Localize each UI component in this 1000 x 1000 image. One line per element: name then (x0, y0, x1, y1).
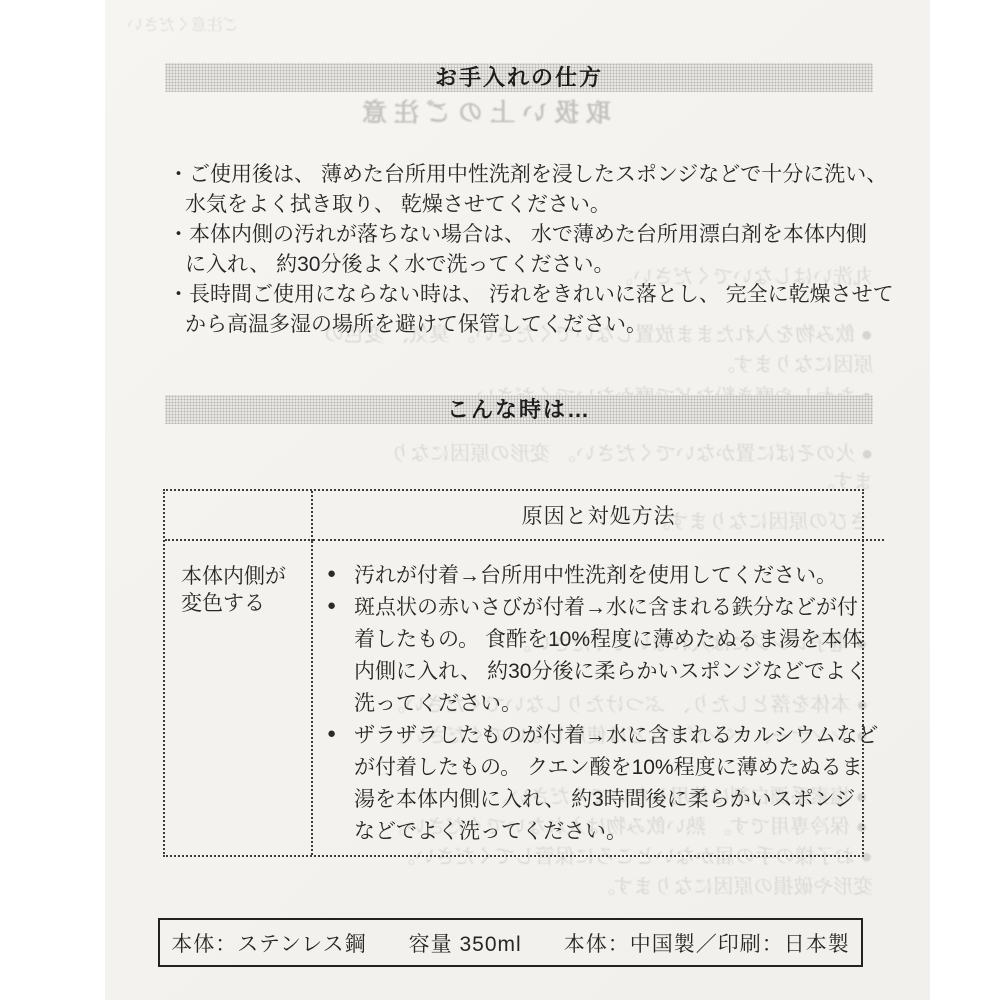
row-label-line: 本体内側が (181, 563, 303, 590)
remedy-line: 内側に入れ、 約30分後に柔らかいスポンジなどでよく (354, 656, 878, 688)
remedy-line: 湯を本体内側に入れ、 約3時間後に柔らかいスポンジ (354, 784, 878, 816)
remedy-line: 斑点状の赤いさびが付着→水に含まれる鉄分などが付 (354, 592, 878, 624)
care-instructions-list: ・ご使用後は、 薄めた台所用中性洗剤を浸したスポンジなどで十分に洗い、 水気をよ… (168, 160, 880, 340)
remedy-bullet: ● ザラザラしたものが付着→水に含まれるカルシウムなど が付着したもの。 クエン… (326, 720, 878, 848)
care-instruction-line: ・長時間ご使用にならない時は、 汚れをきれいに落とし、 完全に乾燥させて (168, 280, 880, 310)
section-header-care: お手入れの仕方 (165, 63, 873, 92)
care-instruction-line: ・ご使用後は、 薄めた台所用中性洗剤を浸したスポンジなどで十分に洗い、 (168, 160, 880, 190)
remedy-cell: ● 汚れが付着→台所用中性洗剤を使用してください。 ● 斑点状の赤いさびが付着→… (313, 541, 884, 855)
remedy-line: が付着したもの。 クエン酸を10%程度に薄めたぬるま (354, 752, 878, 784)
bullet-icon: ● (327, 598, 336, 613)
section-header-troubleshoot: こんな時は… (165, 395, 873, 424)
spec-footer-box: 本体：ステンレス鋼 容量 350ml 本体：中国製／印刷：日本製 (158, 918, 863, 967)
table-corner-cell (165, 491, 313, 541)
care-instruction-line: に入れ、 約30分後よく水で洗ってください。 (168, 250, 880, 280)
row-label-symptom: 本体内側が 変色する (165, 541, 313, 855)
remedy-line: 着したもの。 食酢を10%程度に薄めたぬるま湯を本体 (354, 624, 878, 656)
care-instruction-line: 水気をよく拭き取り、 乾燥させてください。 (168, 190, 880, 220)
remedy-line: 汚れが付着→台所用中性洗剤を使用してください。 (354, 560, 878, 592)
bullet-icon: ● (327, 726, 336, 741)
care-instruction-line: から高温多湿の場所を避けて保管してください。 (168, 310, 880, 340)
care-instruction-line: ・本体内側の汚れが落ちない場合は、 水で薄めた台所用漂白剤を本体内側 (168, 220, 880, 250)
remedy-bullet: ● 汚れが付着→台所用中性洗剤を使用してください。 (326, 560, 878, 592)
remedy-line: などでよく洗ってください。 (354, 816, 878, 848)
remedy-line: ザラザラしたものが付着→水に含まれるカルシウムなど (354, 720, 878, 752)
row-label-line: 変色する (181, 590, 303, 617)
bullet-icon: ● (327, 566, 336, 581)
spec-origin: 本体：中国製／印刷：日本製 (564, 928, 850, 958)
remedy-bullet: ● 斑点状の赤いさびが付着→水に含まれる鉄分などが付 着したもの。 食酢を10%… (326, 592, 878, 720)
remedy-line: 洗ってください。 (354, 688, 878, 720)
troubleshoot-table: 原因と対処方法 本体内側が 変色する ● 汚れが付着→台所用中性洗剤を使用してく… (163, 489, 864, 857)
table-header-cause-remedy: 原因と対処方法 (313, 491, 884, 541)
spec-capacity: 容量 350ml (409, 928, 522, 958)
spec-material: 本体：ステンレス鋼 (171, 928, 366, 958)
instruction-sheet: ご注意ください 取扱い上のご注意 丸洗いはしないでください。 ● 飲み物を入れた… (105, 0, 930, 1000)
